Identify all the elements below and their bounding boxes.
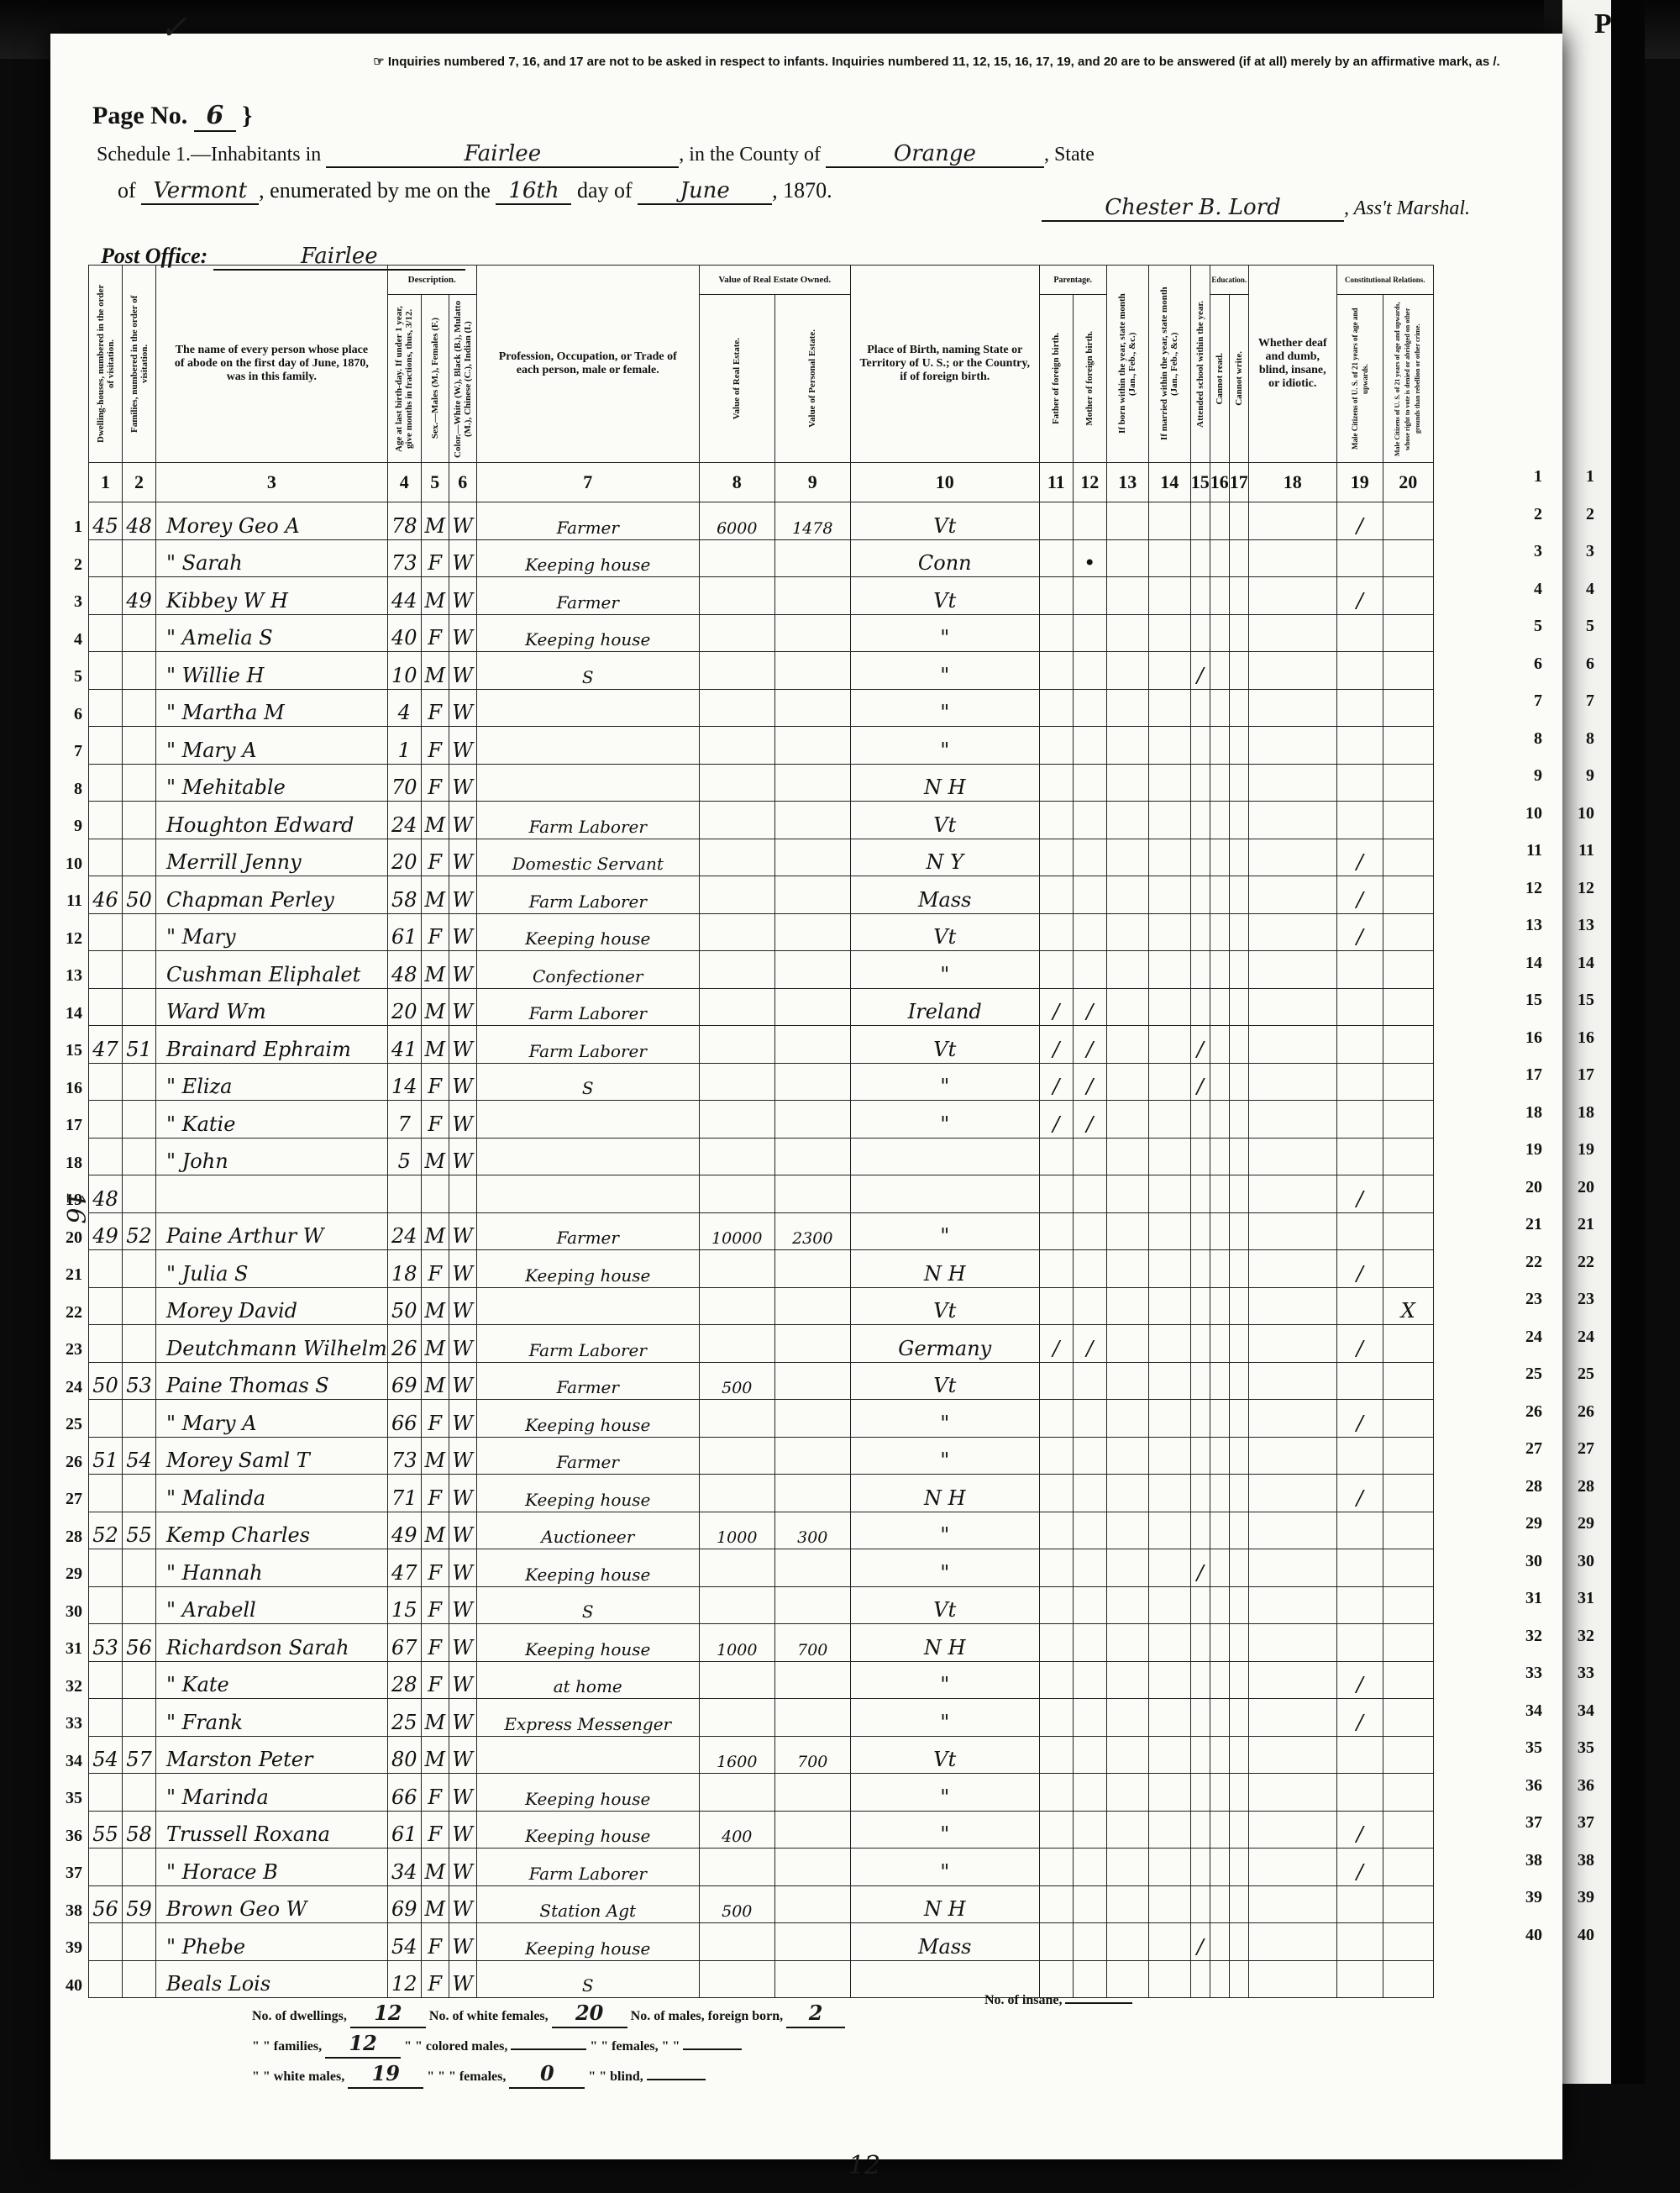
age-cell: 26 xyxy=(387,1325,421,1363)
married-in-year-cell xyxy=(1148,1699,1190,1737)
personal-estate-value-cell xyxy=(774,689,850,727)
person-name-cell: " Arabell xyxy=(156,1586,388,1624)
disability-cell xyxy=(1248,1138,1336,1175)
mother-foreign-cell xyxy=(1073,839,1106,876)
disability-cell xyxy=(1248,1699,1336,1737)
attended-school-cell xyxy=(1190,951,1210,989)
cannot-write-cell xyxy=(1229,1512,1248,1549)
married-in-year-cell xyxy=(1148,1287,1190,1325)
married-in-year-cell xyxy=(1148,951,1190,989)
person-name-cell: " Martha M xyxy=(156,689,388,727)
family-number-cell xyxy=(123,1586,156,1624)
attended-school-cell xyxy=(1190,1400,1210,1438)
color-cell xyxy=(449,1175,476,1213)
males-foreign-label: No. of males, foreign born, xyxy=(631,2009,783,2023)
cannot-read-cell xyxy=(1210,839,1229,876)
family-number-cell xyxy=(123,1325,156,1363)
col1-header: Dwelling-houses, numbered in the order o… xyxy=(96,284,116,444)
disability-cell xyxy=(1248,1287,1336,1325)
married-in-year-cell xyxy=(1148,1437,1190,1475)
color-cell: W xyxy=(449,1811,476,1849)
bottom-margin-mark: 12 xyxy=(848,2151,880,2180)
birthplace-cell: " xyxy=(850,1063,1039,1101)
real-estate-value-cell xyxy=(699,652,774,690)
personal-estate-value-cell xyxy=(774,1811,850,1849)
person-name-cell: Trussell Roxana xyxy=(156,1811,388,1849)
line-number: 1 xyxy=(52,508,82,546)
line-number: 12 xyxy=(52,920,82,958)
cannot-read-cell xyxy=(1210,1063,1229,1101)
color-cell: W xyxy=(449,1624,476,1662)
sex-cell: F xyxy=(421,1811,449,1849)
attended-school-cell xyxy=(1190,1475,1210,1512)
sex-cell: F xyxy=(421,764,449,802)
color-cell: W xyxy=(449,1325,476,1363)
sex-cell: F xyxy=(421,1923,449,1961)
colored-males-count xyxy=(511,2048,586,2050)
real-estate-value-cell: 6000 xyxy=(699,502,774,540)
line-number: 16 xyxy=(52,1070,82,1107)
vote-denied-cell xyxy=(1383,1475,1433,1512)
sex-cell: M xyxy=(421,1849,449,1886)
father-foreign-cell xyxy=(1039,727,1073,765)
table-row: " Horace B34MWFarm Laborer"/ xyxy=(89,1849,1434,1886)
line-number: 17 xyxy=(1561,1056,1594,1094)
disability-cell xyxy=(1248,1811,1336,1849)
age-cell: 7 xyxy=(387,1101,421,1139)
person-name-cell: " Kate xyxy=(156,1661,388,1699)
attended-school-cell: / xyxy=(1190,1026,1210,1064)
row-numbers-next-page: 1234567891011121314151617181920212223242… xyxy=(1561,458,1594,1954)
born-in-year-cell xyxy=(1106,689,1148,727)
family-number-cell: 57 xyxy=(123,1736,156,1774)
cannot-write-cell xyxy=(1229,876,1248,914)
cannot-read-cell xyxy=(1210,1512,1229,1549)
sex-cell: M xyxy=(421,502,449,540)
personal-estate-value-cell xyxy=(774,1325,850,1363)
disability-cell xyxy=(1248,1512,1336,1549)
personal-estate-value-cell xyxy=(774,1101,850,1139)
person-name-cell: Morey David xyxy=(156,1287,388,1325)
married-in-year-cell xyxy=(1148,1661,1190,1699)
cannot-write-cell xyxy=(1229,727,1248,765)
sex-cell: F xyxy=(421,839,449,876)
dwelling-number-cell xyxy=(89,577,123,615)
cannot-read-cell xyxy=(1210,1101,1229,1139)
table-row: Morey David50MWVtX xyxy=(89,1287,1434,1325)
cannot-write-cell xyxy=(1229,839,1248,876)
male-citizen-cell: / xyxy=(1336,839,1383,876)
father-foreign-cell: / xyxy=(1039,1063,1073,1101)
family-number-cell xyxy=(123,1250,156,1288)
age-cell: 48 xyxy=(387,951,421,989)
line-number: 22 xyxy=(52,1294,82,1332)
father-foreign-cell xyxy=(1039,876,1073,914)
col18-header: Whether deaf and dumb, blind, insane, or… xyxy=(1248,266,1336,463)
attended-school-cell xyxy=(1190,1849,1210,1886)
family-number-cell xyxy=(123,614,156,652)
real-estate-value-cell xyxy=(699,1063,774,1101)
line-number: 23 xyxy=(1514,1281,1542,1318)
disability-cell xyxy=(1248,951,1336,989)
person-name-cell: " Amelia S xyxy=(156,614,388,652)
line-number: 27 xyxy=(52,1480,82,1518)
line-number: 10 xyxy=(1561,795,1594,833)
person-name-cell: Paine Arthur W xyxy=(156,1212,388,1250)
occupation-cell xyxy=(476,1287,699,1325)
person-name-cell: " Mehitable xyxy=(156,764,388,802)
col3-header: The name of every person whose place of … xyxy=(156,266,388,463)
line-number: 24 xyxy=(1514,1318,1542,1356)
age-cell: 25 xyxy=(387,1699,421,1737)
vote-denied-cell xyxy=(1383,1175,1433,1213)
personal-estate-value-cell xyxy=(774,1362,850,1400)
real-estate-value-cell xyxy=(699,988,774,1026)
personal-estate-value-cell xyxy=(774,1699,850,1737)
occupation-cell xyxy=(476,689,699,727)
born-in-year-cell xyxy=(1106,1923,1148,1961)
color-cell: W xyxy=(449,1400,476,1438)
birthplace-cell: " xyxy=(850,1849,1039,1886)
col8-header: Value of Real Estate. xyxy=(732,338,742,419)
mother-foreign-cell xyxy=(1073,1175,1106,1213)
father-foreign-cell xyxy=(1039,1586,1073,1624)
line-number: 20 xyxy=(52,1219,82,1257)
real-estate-value-cell xyxy=(699,802,774,839)
father-foreign-cell xyxy=(1039,1212,1073,1250)
cannot-write-cell xyxy=(1229,1811,1248,1849)
line-number: 34 xyxy=(1561,1692,1594,1730)
vote-denied-cell xyxy=(1383,577,1433,615)
table-row: " Phebe54FWKeeping houseMass/ xyxy=(89,1923,1434,1961)
line-number: 9 xyxy=(1514,757,1542,795)
sex-cell: F xyxy=(421,689,449,727)
father-foreign-cell xyxy=(1039,1400,1073,1438)
vote-denied-cell xyxy=(1383,502,1433,540)
cannot-write-cell xyxy=(1229,689,1248,727)
line-number: 22 xyxy=(1561,1244,1594,1281)
dwelling-number-cell xyxy=(89,1101,123,1139)
real-estate-value-cell xyxy=(699,1586,774,1624)
personal-estate-value-cell xyxy=(774,1400,850,1438)
family-number-cell: 52 xyxy=(123,1212,156,1250)
male-citizen-cell xyxy=(1336,951,1383,989)
real-estate-value-cell xyxy=(699,1437,774,1475)
dwelling-number-cell: 48 xyxy=(89,1175,123,1213)
vote-denied-cell xyxy=(1383,1849,1433,1886)
sex-cell: M xyxy=(421,1287,449,1325)
line-number: 36 xyxy=(52,1817,82,1855)
real-estate-value-cell xyxy=(699,689,774,727)
male-citizen-cell xyxy=(1336,1586,1383,1624)
birthplace-cell: " xyxy=(850,1400,1039,1438)
father-foreign-cell xyxy=(1039,1923,1073,1961)
married-in-year-cell xyxy=(1148,539,1190,577)
mother-foreign-cell xyxy=(1073,802,1106,839)
born-in-year-cell xyxy=(1106,1362,1148,1400)
born-in-year-cell xyxy=(1106,1437,1148,1475)
male-citizen-cell: / xyxy=(1336,1325,1383,1363)
colored-females-count: 0 xyxy=(509,2060,585,2089)
mother-foreign-cell xyxy=(1073,689,1106,727)
birthplace-cell: Ireland xyxy=(850,988,1039,1026)
cannot-write-cell xyxy=(1229,1624,1248,1662)
description-group-header: Description. xyxy=(387,266,476,295)
born-in-year-cell xyxy=(1106,502,1148,540)
cannot-write-cell xyxy=(1229,539,1248,577)
line-number: 33 xyxy=(1514,1654,1542,1692)
personal-estate-value-cell: 1478 xyxy=(774,502,850,540)
mother-foreign-cell: / xyxy=(1073,1063,1106,1101)
married-in-year-cell xyxy=(1148,614,1190,652)
line-number: 21 xyxy=(1514,1206,1542,1244)
mother-foreign-cell xyxy=(1073,1885,1106,1923)
attended-school-cell xyxy=(1190,1325,1210,1363)
personal-estate-value-cell xyxy=(774,1960,850,1998)
constitutional-group-header: Constitutional Relations. xyxy=(1336,266,1433,295)
table-row: " Willie H10MWS"/ xyxy=(89,652,1434,690)
county-label: , in the County of xyxy=(679,144,821,166)
color-cell: W xyxy=(449,1736,476,1774)
color-cell: W xyxy=(449,1699,476,1737)
married-in-year-cell xyxy=(1148,988,1190,1026)
attended-school-cell xyxy=(1190,802,1210,839)
father-foreign-cell xyxy=(1039,913,1073,951)
census-table: Dwelling-houses, numbered in the order o… xyxy=(88,265,1434,1998)
disability-cell xyxy=(1248,913,1336,951)
personal-estate-value-cell xyxy=(774,1923,850,1961)
vote-denied-cell xyxy=(1383,727,1433,765)
born-in-year-cell xyxy=(1106,1624,1148,1662)
disability-cell xyxy=(1248,1774,1336,1812)
personal-estate-value-cell xyxy=(774,1026,850,1064)
color-cell: W xyxy=(449,689,476,727)
column-number: 18 xyxy=(1248,463,1336,502)
line-number: 4 xyxy=(1514,571,1542,608)
personal-estate-value-cell xyxy=(774,1475,850,1512)
male-citizen-cell xyxy=(1336,1512,1383,1549)
disability-cell xyxy=(1248,614,1336,652)
attended-school-cell xyxy=(1190,1811,1210,1849)
line-number: 37 xyxy=(52,1854,82,1892)
real-estate-value-cell xyxy=(699,1287,774,1325)
cannot-write-cell xyxy=(1229,1923,1248,1961)
born-in-year-cell xyxy=(1106,1586,1148,1624)
born-in-year-cell xyxy=(1106,1212,1148,1250)
vote-denied-cell xyxy=(1383,1811,1433,1849)
real-estate-value-cell xyxy=(699,1699,774,1737)
line-number: 33 xyxy=(1561,1654,1594,1692)
color-cell: W xyxy=(449,1661,476,1699)
vote-denied-cell xyxy=(1383,1586,1433,1624)
column-number: 3 xyxy=(156,463,388,502)
father-foreign-cell xyxy=(1039,539,1073,577)
dwelling-number-cell: 56 xyxy=(89,1885,123,1923)
male-citizen-cell: / xyxy=(1336,502,1383,540)
attended-school-cell xyxy=(1190,1512,1210,1549)
birthplace-cell: N H xyxy=(850,1624,1039,1662)
birthplace-cell: Vt xyxy=(850,913,1039,951)
color-cell: W xyxy=(449,1960,476,1998)
age-cell: 1 xyxy=(387,727,421,765)
line-number: 2 xyxy=(1561,496,1594,534)
line-number: 26 xyxy=(1514,1393,1542,1431)
sex-cell: F xyxy=(421,1063,449,1101)
day-of-label: day of xyxy=(577,178,633,202)
father-foreign-cell xyxy=(1039,839,1073,876)
father-foreign-cell xyxy=(1039,951,1073,989)
line-number: 24 xyxy=(1561,1318,1594,1356)
mother-foreign-cell xyxy=(1073,764,1106,802)
sex-cell: F xyxy=(421,539,449,577)
married-in-year-cell xyxy=(1148,1923,1190,1961)
color-cell: W xyxy=(449,614,476,652)
male-citizen-cell xyxy=(1336,802,1383,839)
occupation-cell: Domestic Servant xyxy=(476,839,699,876)
personal-estate-value-cell: 700 xyxy=(774,1624,850,1662)
male-citizen-cell xyxy=(1336,1624,1383,1662)
table-row: Cushman Eliphalet48MWConfectioner" xyxy=(89,951,1434,989)
mother-foreign-cell: / xyxy=(1073,1325,1106,1363)
real-estate-value-cell xyxy=(699,1325,774,1363)
father-foreign-cell xyxy=(1039,1512,1073,1549)
color-cell: W xyxy=(449,1026,476,1064)
birthplace-cell: Germany xyxy=(850,1325,1039,1363)
father-foreign-cell xyxy=(1039,689,1073,727)
insane-count xyxy=(1065,2002,1132,2004)
line-number: 13 xyxy=(1561,907,1594,944)
line-number: 4 xyxy=(1561,571,1594,608)
father-foreign-cell xyxy=(1039,502,1073,540)
line-number: 2 xyxy=(1514,496,1542,534)
person-name-cell: Morey Geo A xyxy=(156,502,388,540)
margin-mark: 16 xyxy=(60,1191,90,1223)
occupation-cell: S xyxy=(476,1063,699,1101)
personal-estate-value-cell xyxy=(774,1437,850,1475)
vote-denied-cell xyxy=(1383,1026,1433,1064)
born-in-year-cell xyxy=(1106,876,1148,914)
line-number: 29 xyxy=(1561,1505,1594,1543)
parentage-group-header: Parentage. xyxy=(1039,266,1106,295)
disability-cell xyxy=(1248,1026,1336,1064)
person-name-cell: " Willie H xyxy=(156,652,388,690)
birthplace-cell: " xyxy=(850,1699,1039,1737)
line-number: 23 xyxy=(1561,1281,1594,1318)
scan-edge-shadow xyxy=(1611,0,1645,2084)
married-in-year-cell xyxy=(1148,1325,1190,1363)
page-number-value: 6 xyxy=(194,101,236,132)
line-number: 27 xyxy=(1514,1430,1542,1468)
sex-cell: F xyxy=(421,913,449,951)
col20-header: Male Citizens of U. S. of 21 years of ag… xyxy=(1393,299,1423,459)
vote-denied-cell xyxy=(1383,1400,1433,1438)
color-cell: W xyxy=(449,951,476,989)
mother-foreign-cell xyxy=(1073,1549,1106,1587)
sex-cell: M xyxy=(421,1512,449,1549)
cannot-read-cell xyxy=(1210,1774,1229,1812)
dwelling-number-cell xyxy=(89,913,123,951)
color-cell: W xyxy=(449,1549,476,1587)
col4-header: Age at last birth-day. If under 1 year, … xyxy=(394,299,414,459)
sex-cell: M xyxy=(421,876,449,914)
mother-foreign-cell xyxy=(1073,1212,1106,1250)
dwelling-number-cell xyxy=(89,1699,123,1737)
table-row: " Malinda71FWKeeping houseN H/ xyxy=(89,1475,1434,1512)
person-name-cell: Houghton Edward xyxy=(156,802,388,839)
color-cell: W xyxy=(449,1437,476,1475)
married-in-year-cell xyxy=(1148,652,1190,690)
person-name-cell: Kemp Charles xyxy=(156,1512,388,1549)
age-cell: 80 xyxy=(387,1736,421,1774)
disability-cell xyxy=(1248,802,1336,839)
sex-cell: M xyxy=(421,1736,449,1774)
born-in-year-cell xyxy=(1106,1026,1148,1064)
cannot-read-cell xyxy=(1210,1849,1229,1886)
line-number: 31 xyxy=(1514,1580,1542,1617)
cannot-write-cell xyxy=(1229,577,1248,615)
mother-foreign-cell xyxy=(1073,1512,1106,1549)
age-cell: 28 xyxy=(387,1661,421,1699)
line-number: 19 xyxy=(1514,1131,1542,1169)
mother-foreign-cell xyxy=(1073,1287,1106,1325)
page-number-label: Page No. xyxy=(92,102,187,129)
birthplace-cell: N H xyxy=(850,764,1039,802)
attended-school-cell xyxy=(1190,876,1210,914)
line-number: 35 xyxy=(1561,1729,1594,1767)
dwelling-number-cell xyxy=(89,652,123,690)
dwelling-number-cell: 50 xyxy=(89,1362,123,1400)
line-number: 33 xyxy=(52,1705,82,1743)
dwelling-number-cell xyxy=(89,1923,123,1961)
table-row: " Marinda66FWKeeping house" xyxy=(89,1774,1434,1812)
mother-foreign-cell xyxy=(1073,1400,1106,1438)
sex-cell: F xyxy=(421,1250,449,1288)
person-name-cell: " Horace B xyxy=(156,1849,388,1886)
disability-cell xyxy=(1248,1212,1336,1250)
cannot-read-cell xyxy=(1210,1811,1229,1849)
family-number-cell: 49 xyxy=(123,577,156,615)
married-in-year-cell xyxy=(1148,1736,1190,1774)
birthplace-cell: " xyxy=(850,1437,1039,1475)
occupation-cell: Farm Laborer xyxy=(476,1325,699,1363)
cannot-write-cell xyxy=(1229,1661,1248,1699)
mother-foreign-cell: • xyxy=(1073,539,1106,577)
vote-denied-cell xyxy=(1383,1960,1433,1998)
sex-cell: F xyxy=(421,1774,449,1812)
line-number: 25 xyxy=(52,1406,82,1444)
disability-cell xyxy=(1248,1923,1336,1961)
family-number-cell xyxy=(123,539,156,577)
age-cell: 44 xyxy=(387,577,421,615)
line-number: 30 xyxy=(1561,1543,1594,1580)
male-citizen-cell xyxy=(1336,689,1383,727)
born-in-year-cell xyxy=(1106,1699,1148,1737)
line-number: 18 xyxy=(1514,1094,1542,1132)
married-in-year-cell xyxy=(1148,1250,1190,1288)
male-citizen-cell: / xyxy=(1336,1661,1383,1699)
real-estate-value-cell xyxy=(699,1175,774,1213)
age-cell: 70 xyxy=(387,764,421,802)
cannot-read-cell xyxy=(1210,1736,1229,1774)
column-number: 6 xyxy=(449,463,476,502)
dwelling-number-cell xyxy=(89,839,123,876)
attended-school-cell: / xyxy=(1190,1549,1210,1587)
attended-school-cell xyxy=(1190,1624,1210,1662)
line-number: 10 xyxy=(52,845,82,883)
real-estate-value-cell: 1000 xyxy=(699,1624,774,1662)
sex-cell: M xyxy=(421,1138,449,1175)
family-number-cell: 50 xyxy=(123,876,156,914)
